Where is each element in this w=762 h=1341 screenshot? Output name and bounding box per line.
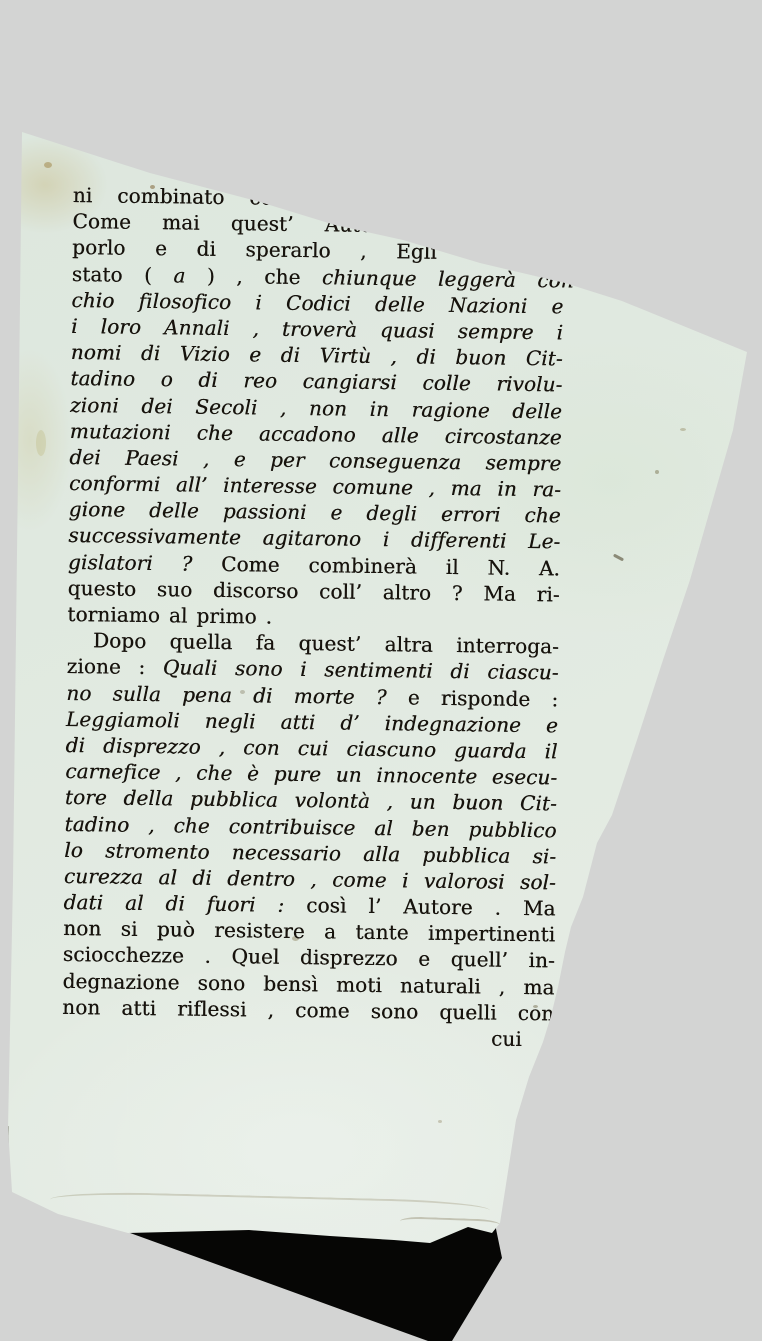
paper-crease	[400, 1216, 500, 1229]
stain-mark	[438, 1120, 442, 1123]
text-segment: ) , che	[207, 263, 322, 289]
paper-crease	[50, 1191, 490, 1220]
text-segment: gislatori ?	[68, 550, 221, 576]
text-segment: e risponde :	[408, 685, 559, 711]
text-segment: non atti riflessi , come sono quelli con	[62, 995, 554, 1025]
text-segment: così l’ Autore . Ma	[306, 893, 556, 920]
text-segment: Come combinerà il N. A.	[221, 552, 560, 580]
fibre-mark	[613, 554, 624, 562]
stain-mark	[680, 428, 686, 431]
stain-mark	[36, 430, 46, 456]
text-segment: a	[173, 263, 185, 287]
text-block: ni combinato co Come mai quest’ Auto por…	[62, 182, 583, 1053]
stain-mark	[44, 162, 52, 168]
text-segment: torniamo al primo .	[67, 602, 272, 629]
stain-mark	[655, 470, 659, 474]
text-segment: dati al di fuori :	[63, 890, 306, 917]
text-segment: cui	[491, 1027, 522, 1051]
text-segment: stato (	[72, 262, 152, 287]
text-segment: zione :	[67, 654, 164, 679]
text-segment: no sulla pena di morte ?	[66, 681, 408, 709]
text-segment: Quali sono i sentimenti di ciascu-	[163, 656, 559, 685]
